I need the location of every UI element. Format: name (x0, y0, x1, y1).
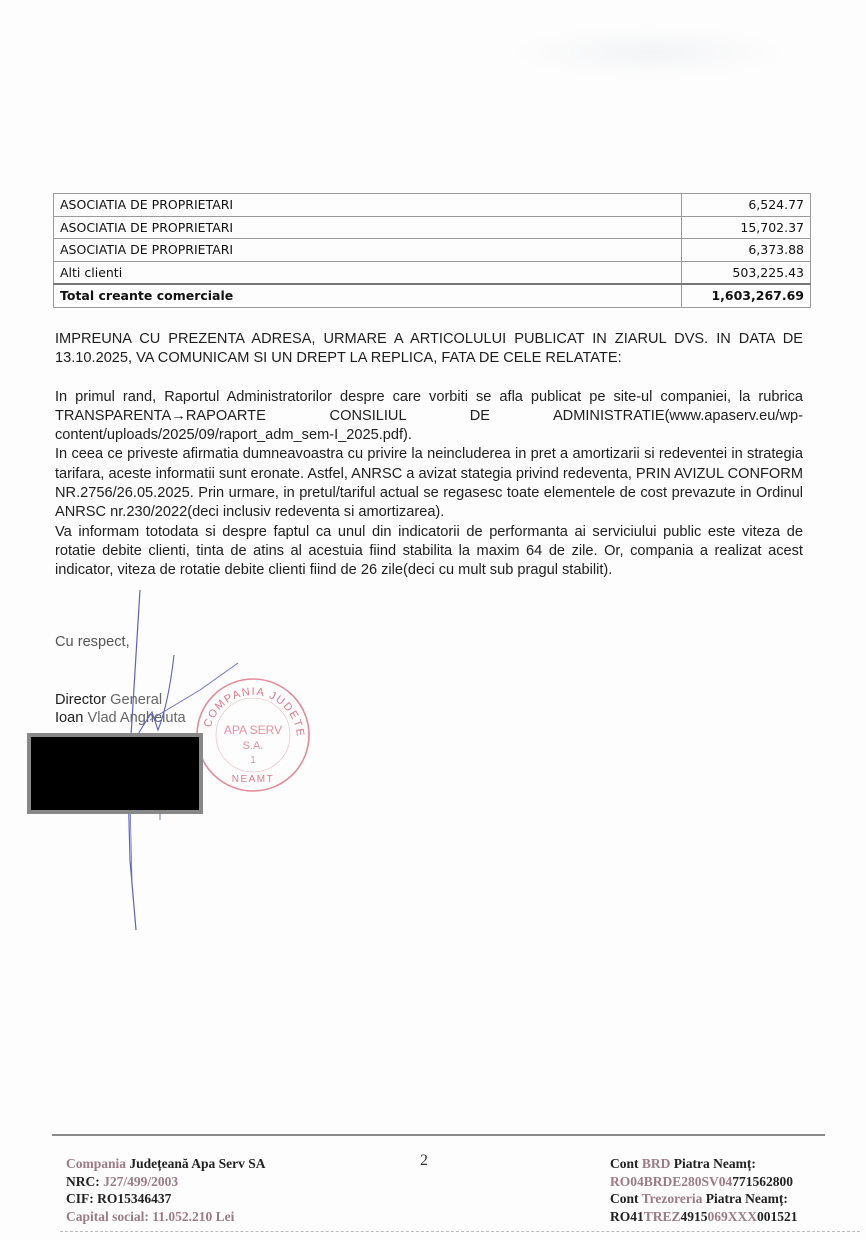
company-name-b: Județeană Apa Serv SA (129, 1156, 265, 1171)
redacted-area (27, 733, 203, 814)
page-number: 2 (420, 1152, 428, 1170)
signatory-name-b: Vlad Angheluta (87, 710, 185, 726)
signatory-block: Director General Ioan Vlad Angheluta (55, 691, 186, 727)
stamp-line1: APA SERV (224, 723, 282, 737)
table-row: ASOCIATIA DE PROPRIETARI 6,373.88 (54, 239, 811, 262)
trez-iban-e: 001521 (757, 1209, 798, 1224)
amount: 15,702.37 (682, 216, 811, 239)
brd-iban-b: 771562800 (732, 1174, 793, 1189)
cif: CIF: RO15346437 (66, 1190, 266, 1208)
client-name: ASOCIATIA DE PROPRIETARI (54, 194, 682, 217)
stamp-line3: 1 (250, 755, 256, 766)
client-name: ASOCIATIA DE PROPRIETARI (54, 239, 682, 262)
amount: 503,225.43 (682, 261, 811, 284)
table-total-row: Total creante comerciale 1,603,267.69 (54, 284, 811, 307)
receivables-table: ASOCIATIA DE PROPRIETARI 6,524.77 ASOCIA… (53, 193, 811, 308)
footer-dashed-line (60, 1231, 860, 1232)
footer-company-info: Compania Județeană Apa Serv SA NRC: J27/… (66, 1155, 266, 1225)
brd-iban-a: RO04BRDE280SV04 (610, 1174, 732, 1189)
footer-divider (52, 1134, 825, 1136)
trez-iban-c: 4915 (681, 1209, 708, 1224)
trez-iban-a: RO41 (610, 1209, 644, 1224)
closing-regards: Cu respect, (55, 634, 130, 650)
total-label: Total creante comerciale (54, 284, 682, 307)
stamp-line2: S.A. (243, 740, 264, 752)
stamp-bottom-text: NEAMT (232, 774, 275, 785)
amount: 6,373.88 (682, 239, 811, 262)
trez-iban-b: TREZ (644, 1209, 681, 1224)
handwritten-signature (0, 0, 866, 1240)
total-amount: 1,603,267.69 (682, 284, 811, 307)
capital-label: Capital social: (66, 1209, 149, 1224)
signatory-title-a: Director (55, 692, 106, 708)
nrc-label: NRC: (66, 1174, 100, 1189)
table-row: ASOCIATIA DE PROPRIETARI 15,702.37 (54, 216, 811, 239)
bleed-through-header (510, 25, 790, 80)
letter-body: IMPREUNA CU PREZENTA ADRESA, URMARE A AR… (55, 330, 803, 581)
company-stamp: COMPANIA JUDETEANA APA SERV S.A. 1 NEAMT (195, 677, 311, 793)
brd-bank: BRD (642, 1156, 671, 1171)
client-name: ASOCIATIA DE PROPRIETARI (54, 216, 682, 239)
signatory-name-a: Ioan (55, 710, 83, 726)
trez-label-a: Cont (610, 1191, 639, 1206)
footer-bank-accounts: Cont BRD Piatra Neamț: RO04BRDE280SV0477… (610, 1155, 798, 1225)
trez-iban-d: 069XXX (708, 1209, 758, 1224)
intro-paragraph: IMPREUNA CU PREZENTA ADRESA, URMARE A AR… (55, 330, 803, 369)
paragraph-tariff: In ceea ce priveste afirmatia dumneavoas… (55, 445, 803, 522)
nrc-value: J27/499/2003 (103, 1174, 178, 1189)
brd-city: Piatra Neamț: (674, 1156, 756, 1171)
brd-label-a: Cont (610, 1156, 639, 1171)
paragraph-report: In primul rand, Raportul Administratoril… (55, 388, 803, 446)
trez-city: Piatra Neamț: (706, 1191, 788, 1206)
signatory-title-b: General (110, 692, 162, 708)
table-row: Alti clienti 503,225.43 (54, 261, 811, 284)
company-name-a: Compania (66, 1156, 126, 1171)
paragraph-indicator: Va informam totodata si despre faptul ca… (55, 523, 803, 581)
client-name: Alti clienti (54, 261, 682, 284)
trez-bank: Trezoreria (642, 1191, 703, 1206)
amount: 6,524.77 (682, 194, 811, 217)
capital-value: 11.052.210 Lei (152, 1209, 234, 1224)
table-row: ASOCIATIA DE PROPRIETARI 6,524.77 (54, 194, 811, 217)
